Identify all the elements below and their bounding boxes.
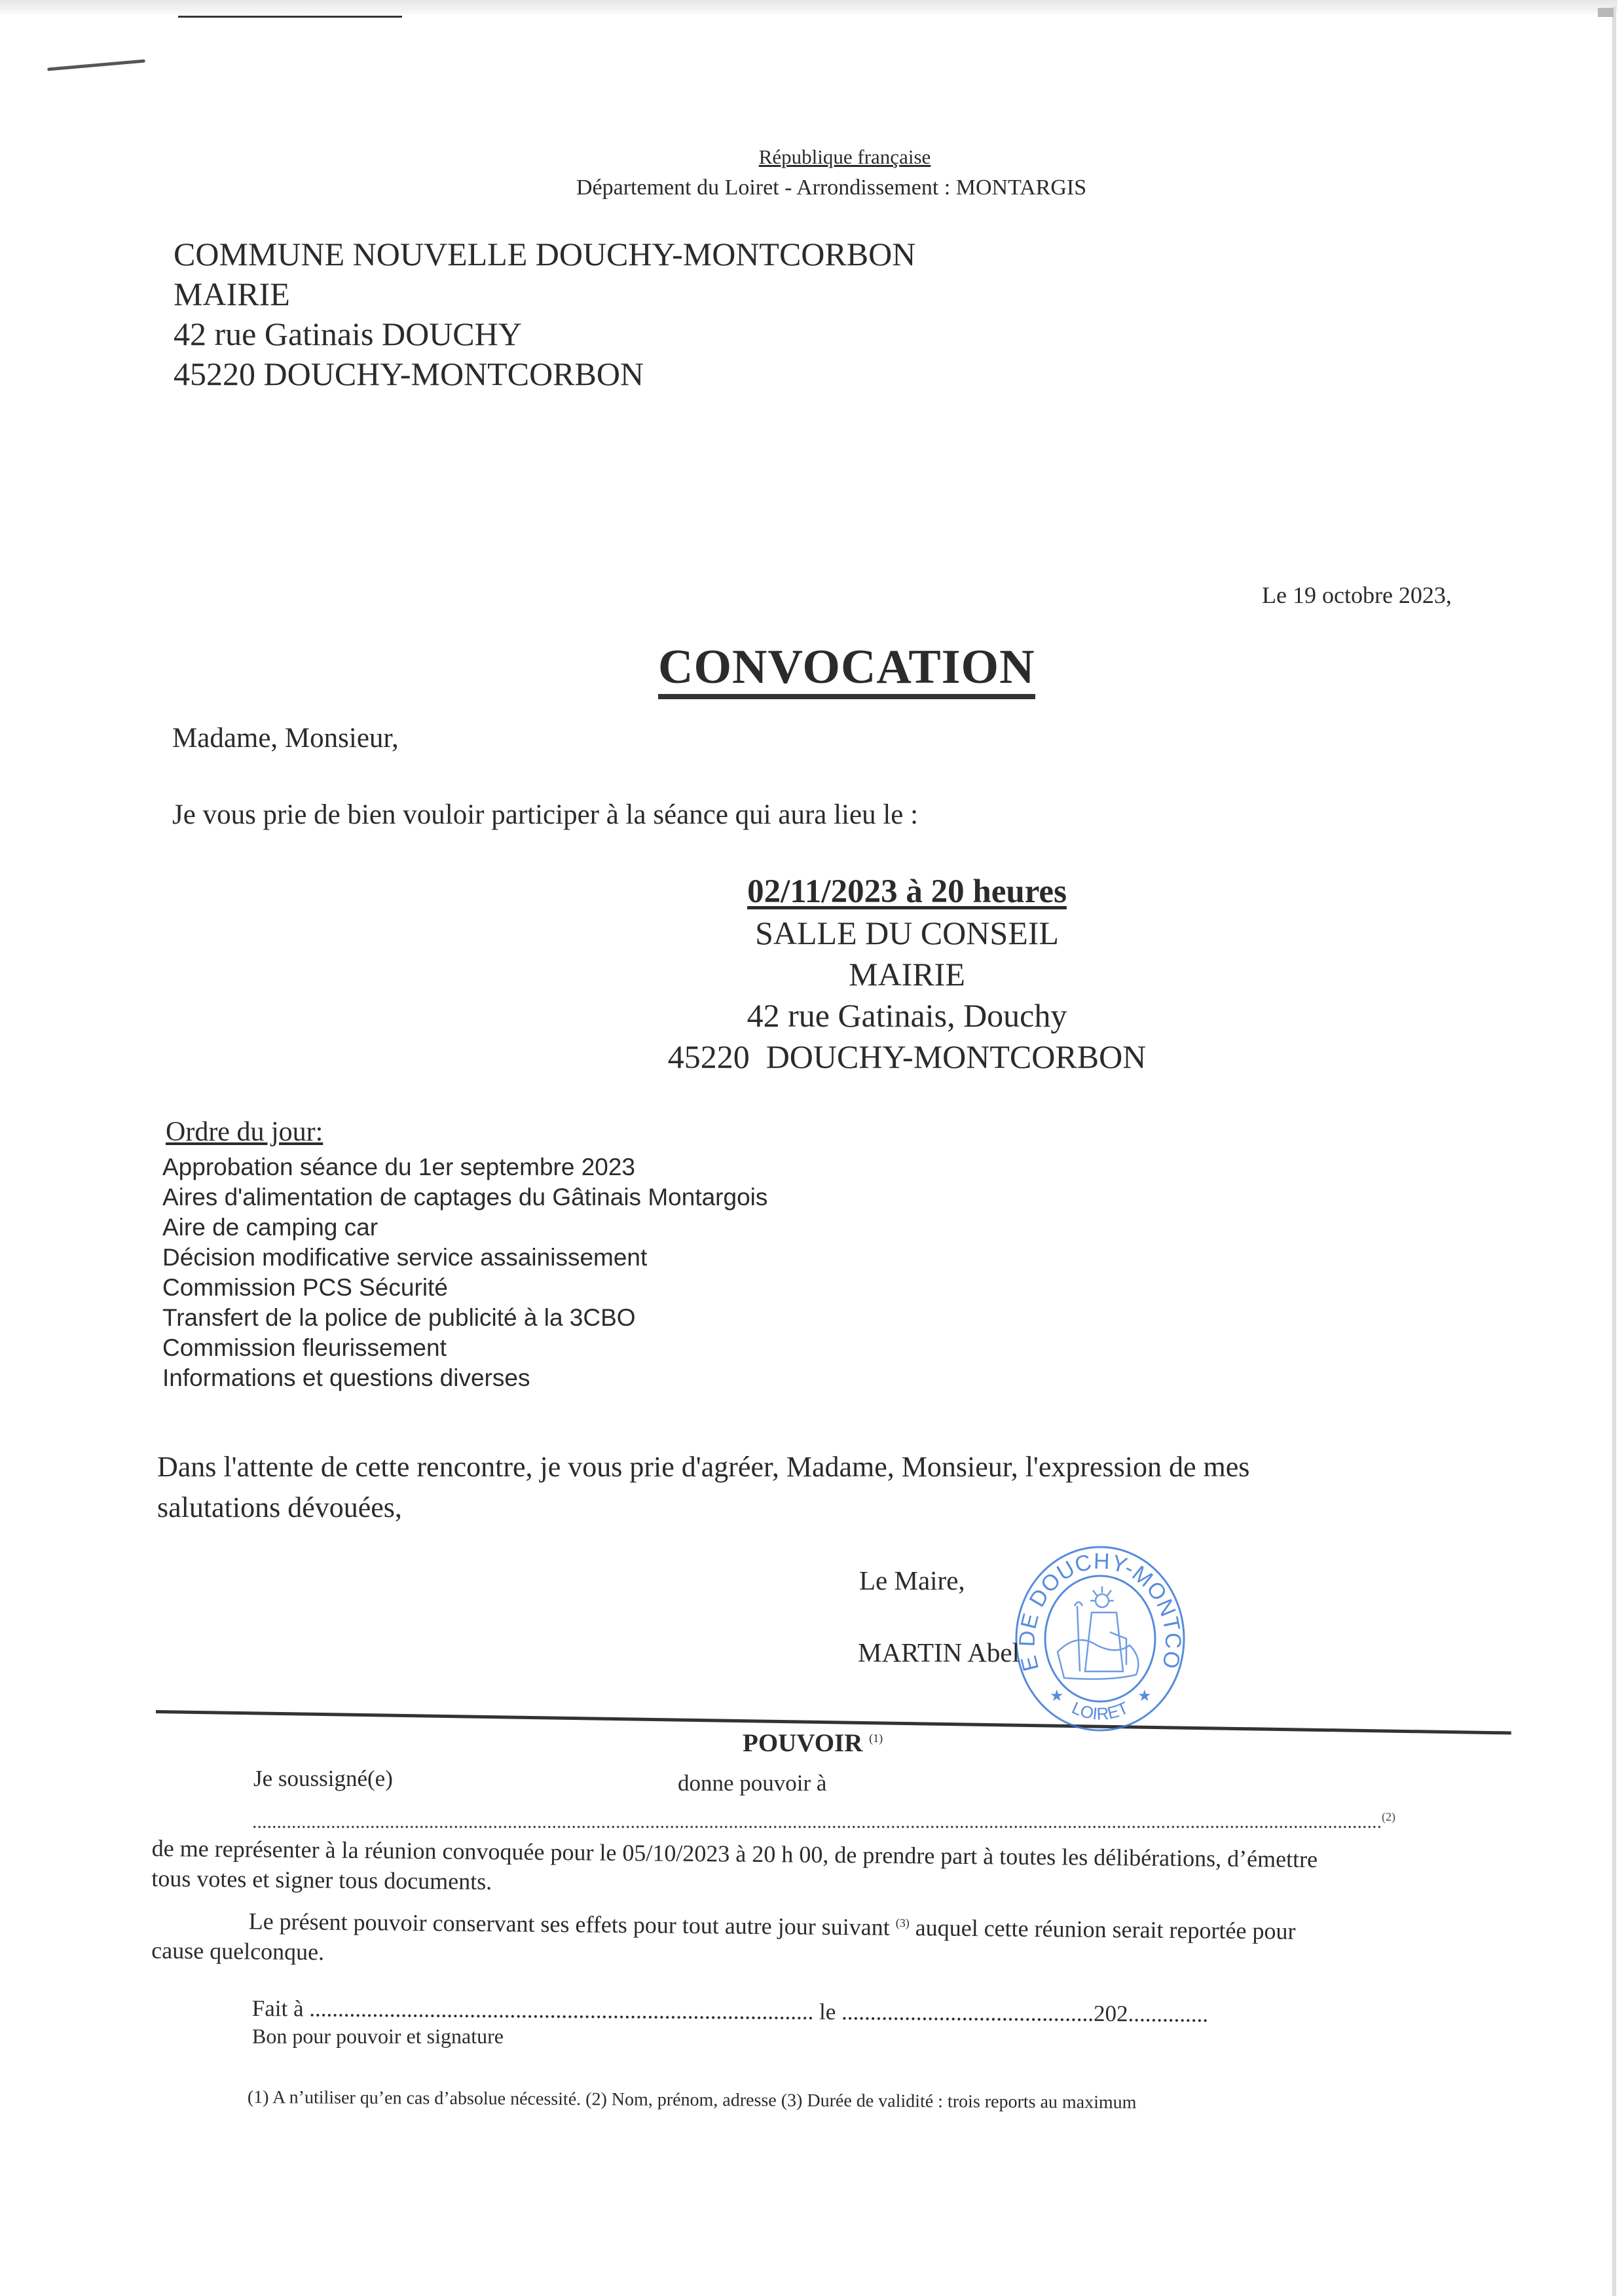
official-stamp-icon: MAIRIE DE DOUCHY-MONTCORBON (LOIRET) ★ ★ [1012,1540,1189,1737]
republic-heading: République française [681,145,1008,169]
meeting-datetime: 02/11/2023 à 20 heures [747,873,1067,910]
salutation: Madame, Monsieur, [172,722,399,754]
agenda-list: Approbation séance du 1er septembre 2023… [162,1152,767,1393]
footnotes: (1) A n’utiliser qu’en cas d’absolue néc… [248,2087,1137,2113]
department-line: Département du Loiret - Arrondissement :… [576,175,1086,200]
svg-text:★: ★ [1137,1686,1152,1705]
date-label: le [819,1999,836,2024]
meeting-place-line: SALLE DU CONSEIL [629,913,1185,954]
closing-line: Dans l'attente de cette rencontre, je vo… [157,1447,1249,1487]
agenda-item: Aire de camping car [162,1212,767,1243]
pen-mark [47,59,145,71]
svg-text:★: ★ [1050,1686,1064,1705]
place-field[interactable]: ........................................… [309,1996,813,2025]
undersigned-label: Je soussigné(e) [253,1766,393,1792]
agenda-item: Transfert de la police de publicité à la… [162,1303,767,1333]
footnote-ref: (1) [869,1732,883,1745]
intro-text: Je vous prie de bien vouloir participer … [172,799,918,831]
agenda-item: Aires d'alimentation de captages du Gâti… [162,1182,767,1212]
made-at-label: Fait à [252,1995,304,2021]
closing-line: salutations dévouées, [157,1487,1249,1528]
sender-line: MAIRIE [174,274,915,314]
agenda-item: Informations et questions diverses [162,1363,767,1393]
scan-edge-right [1612,7,1616,2296]
sender-line: 45220 DOUCHY-MONTCORBON [174,354,915,394]
date-field[interactable]: ........................................… [841,1999,1094,2026]
top-rule [178,16,402,18]
sender-line: 42 rue Gatinais DOUCHY [174,314,915,354]
proxy-body: de me représenter à la réunion convoquée… [151,1833,1318,1904]
document-page: République française Département du Loir… [0,0,1624,2296]
signatory-title: Le Maire, [859,1565,965,1596]
validity-text: Le présent pouvoir conservant ses effets… [249,1908,890,1940]
proxy-title-text: POUVOIR [743,1729,862,1757]
dotted-fill-line[interactable]: ........................................… [252,1811,1382,1832]
footnote-ref: (2) [1382,1810,1395,1823]
proxy-title: POUVOIR (1) [743,1728,883,1758]
closing-formula: Dans l'attente de cette rencontre, je vo… [157,1447,1249,1528]
scan-corner [1598,8,1614,17]
meeting-place-line: MAIRIE [629,954,1185,995]
made-at-line: Fait à .................................… [252,1995,1208,2028]
year-prefix: 202 [1094,2001,1128,2026]
signature-label: Bon pour pouvoir et signature [252,2024,504,2049]
proxy-name-field[interactable]: ........................................… [252,1810,1395,1833]
footnote-ref: (3) [896,1916,910,1929]
proxy-validity: Le présent pouvoir conservant ses effets… [151,1901,1296,1977]
meeting-details: 02/11/2023 à 20 heures SALLE DU CONSEIL … [629,871,1185,1078]
meeting-place-line: 42 rue Gatinais, Douchy [629,995,1185,1036]
agenda-item: Décision modificative service assainisse… [162,1243,767,1273]
letter-date: Le 19 octobre 2023, [1262,581,1452,609]
sender-line: COMMUNE NOUVELLE DOUCHY-MONTCORBON [174,234,915,274]
signatory-name: MARTIN Abel [858,1637,1020,1668]
agenda-item: Commission PCS Sécurité [162,1273,767,1303]
agenda-item: Approbation séance du 1er septembre 2023 [162,1152,767,1182]
document-title: CONVOCATION [658,642,1035,699]
meeting-place-line: 45220 DOUCHY-MONTCORBON [629,1036,1185,1078]
scan-edge-top [0,0,1617,14]
agenda-title: Ordre du jour: [166,1116,323,1148]
year-field[interactable]: .............. [1128,2001,1208,2027]
agenda-item: Commission fleurissement [162,1333,767,1363]
sender-address: COMMUNE NOUVELLE DOUCHY-MONTCORBON MAIRI… [174,234,915,394]
gives-power-label: donne pouvoir à [678,1770,826,1796]
validity-text: auquel cette réunion serait reportée pou… [915,1914,1296,1944]
